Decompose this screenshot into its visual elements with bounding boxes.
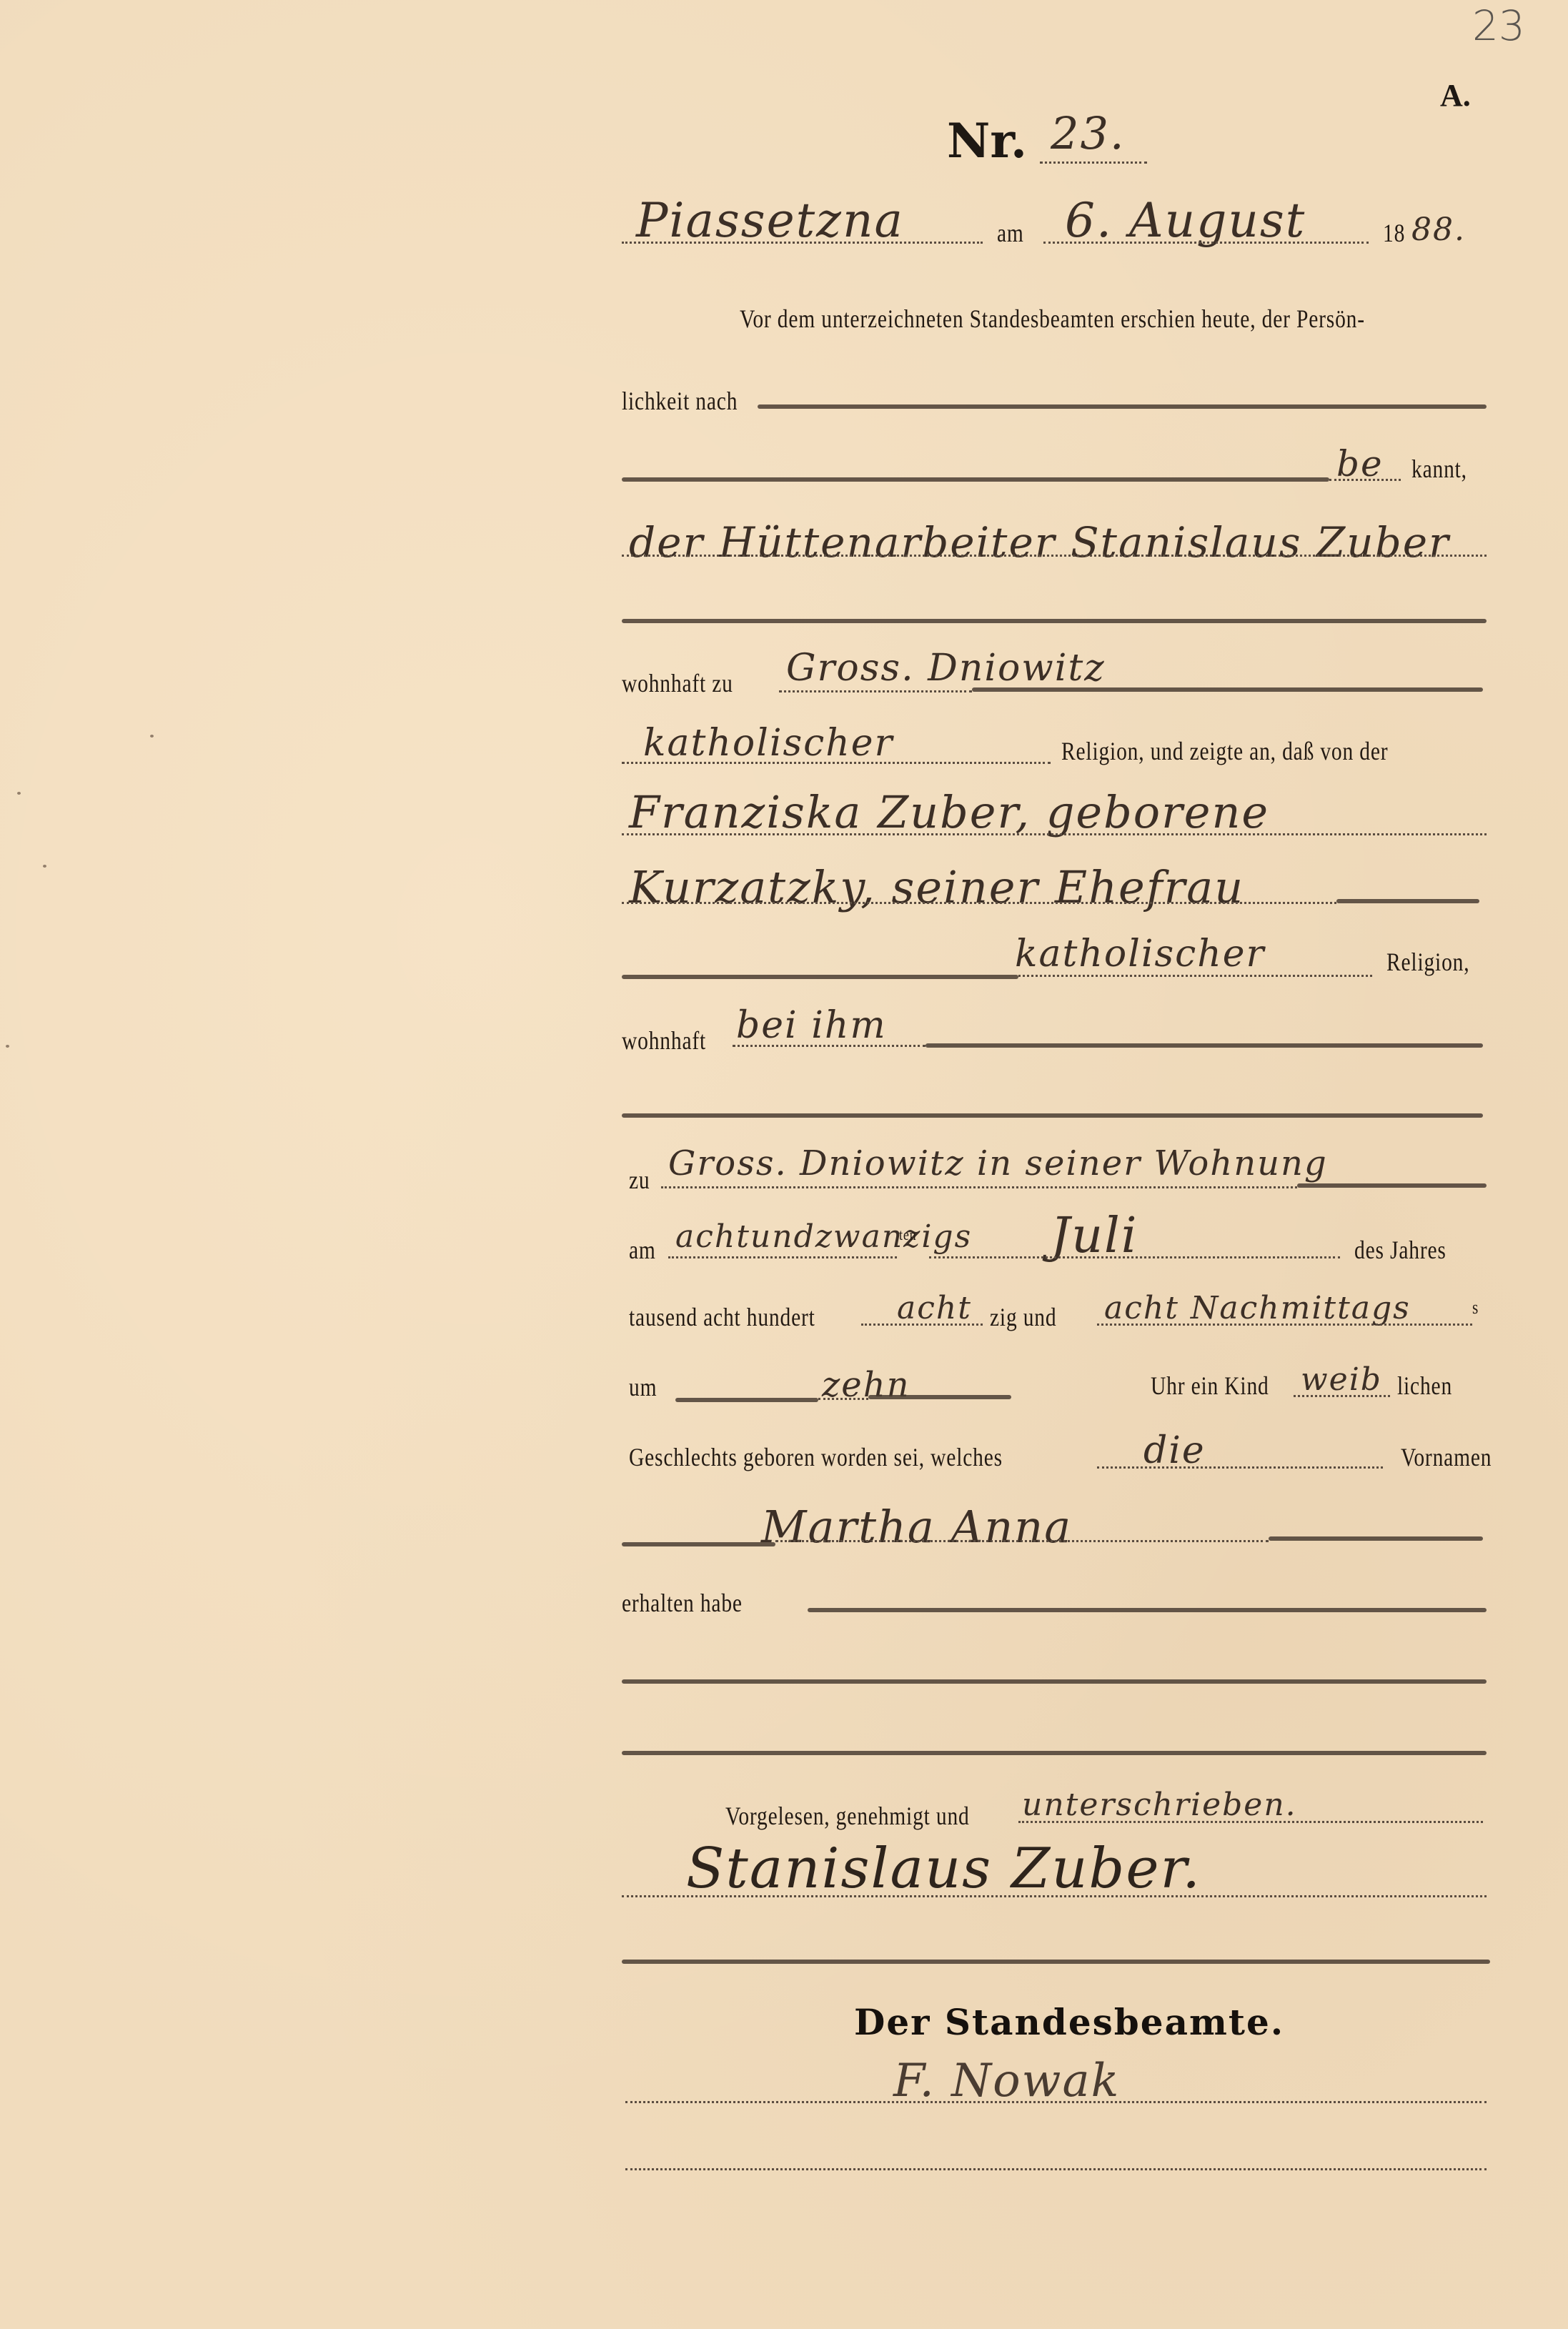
article-line <box>1097 1466 1383 1469</box>
birth-month-line <box>929 1256 1340 1258</box>
thousand-label: tausend acht hundert <box>629 1302 815 1332</box>
document-page: { "page": { "page_number": "23", "form_l… <box>0 0 1568 2329</box>
place-of-registration: Piassetzna <box>636 193 904 248</box>
bekannt-line <box>1329 479 1401 481</box>
blank-line <box>622 477 1329 482</box>
child-given-names: Martha Anna <box>761 1501 1072 1553</box>
mother-religion-label: Religion, <box>1386 947 1469 977</box>
um-label: um <box>629 1372 657 1402</box>
registration-date: 6. August <box>1065 193 1306 248</box>
child-sex: weib <box>1301 1361 1382 1398</box>
form-letter: A. <box>1440 77 1471 114</box>
paper-speck <box>6 1045 9 1048</box>
birth-place-label: zu <box>629 1165 650 1195</box>
mother-residence-line <box>733 1045 926 1047</box>
mother-line-1 <box>622 833 1487 835</box>
blank-line <box>1297 1183 1487 1188</box>
informant-line <box>622 555 1487 557</box>
date-line <box>1043 242 1369 244</box>
mother-name-line-1: Franziska Zuber, geborene <box>629 786 1269 838</box>
year-printed: 18 <box>1383 218 1405 248</box>
decade-line <box>861 1324 983 1326</box>
informant-name: der Hüttenarbeiter Stanislaus Zuber <box>629 518 1450 567</box>
geschlecht-label: Geschlechts geboren worden sei, welches <box>629 1442 1003 1472</box>
birth-day: achtundzwanzigs <box>675 1218 972 1255</box>
mother-name-line-2: Kurzatzky, seiner Ehefrau <box>629 861 1244 913</box>
intro-line-2-label: lichkeit nach <box>622 386 738 416</box>
blank-line <box>972 687 1483 692</box>
s-suffix: s <box>1472 1297 1479 1319</box>
paper-speck <box>150 735 154 738</box>
vorgelesen-handwritten: unterschrieben. <box>1022 1787 1297 1823</box>
birth-year-unit-and-time: acht Nachmittags <box>1104 1290 1411 1326</box>
blank-line <box>808 1608 1487 1612</box>
mother-residence-label: wohnhaft <box>622 1026 706 1056</box>
sex-line <box>1294 1395 1390 1397</box>
residence-line <box>779 690 972 692</box>
zig-label: zig und <box>990 1302 1056 1332</box>
blank-line <box>675 1398 818 1402</box>
mother-residence: bei ihm <box>736 1004 887 1047</box>
record-number-line <box>1040 162 1147 164</box>
vorgelesen-line <box>1018 1821 1483 1823</box>
given-names-line <box>775 1540 1269 1542</box>
blank-line <box>622 1113 1483 1118</box>
registrar-title: Der Standesbeamte. <box>854 2001 1284 2043</box>
year-handwritten: 88. <box>1411 212 1466 248</box>
mother-religion-line <box>1018 975 1372 977</box>
birth-am-label: am <box>629 1235 656 1265</box>
blank-line <box>622 1679 1487 1684</box>
am-label: am <box>997 218 1024 248</box>
blank-line <box>758 404 1487 409</box>
blank-line <box>622 1960 1490 1964</box>
mother-line-2 <box>622 902 1336 904</box>
blank-line <box>622 975 1018 979</box>
vornamen-label: Vornamen <box>1401 1442 1492 1472</box>
religion-label: Religion, und zeigte an, daß von der <box>1061 736 1388 766</box>
blank-line <box>622 1542 775 1546</box>
record-number-label: Nr. <box>947 113 1027 169</box>
blank-line <box>926 1043 1483 1048</box>
birth-place: Gross. Dniowitz in seiner Wohnung <box>668 1143 1328 1183</box>
blank-line <box>1269 1536 1483 1541</box>
erhalten-label: erhalten habe <box>622 1588 743 1618</box>
residence-label: wohnhaft zu <box>622 668 733 698</box>
uhr-label: Uhr ein Kind <box>1151 1371 1269 1401</box>
mother-religion: katholischer <box>1015 933 1265 975</box>
blank-line <box>868 1395 1011 1399</box>
paper-speck <box>43 865 46 868</box>
intro-line-1: Vor dem unterzeichneten Standesbeamten e… <box>740 304 1365 334</box>
signature-line <box>622 1895 1487 1897</box>
hour-line <box>818 1398 868 1400</box>
registrar-signature: F. Nowak <box>893 2055 1120 2107</box>
registrar-line <box>625 2101 1487 2103</box>
informant-residence: Gross. Dniowitz <box>786 647 1106 690</box>
blank-line <box>622 619 1487 623</box>
informant-religion: katholischer <box>643 722 893 765</box>
bekannt-suffix-label: kannt, <box>1411 454 1467 484</box>
registrar-line-2 <box>625 2168 1487 2170</box>
blank-line <box>1336 899 1479 903</box>
vorgelesen-label: Vorgelesen, genehmigt und <box>725 1801 970 1831</box>
place-line <box>622 242 983 244</box>
sex-suffix: lichen <box>1397 1371 1452 1401</box>
record-number-value: 23. <box>1051 107 1126 159</box>
unit-line <box>1097 1324 1472 1326</box>
paper-speck <box>17 792 21 795</box>
birth-day-line <box>668 1256 897 1258</box>
day-suffix: ten <box>899 1226 917 1244</box>
archive-page-number: 23 <box>1472 1 1525 50</box>
year-label: des Jahres <box>1354 1235 1447 1265</box>
birth-year-decade: acht <box>897 1290 972 1326</box>
article-handwritten: die <box>1143 1429 1206 1472</box>
birth-place-line <box>661 1186 1297 1188</box>
informant-signature: Stanislaus Zuber. <box>686 1837 1201 1901</box>
blank-line <box>622 1751 1487 1755</box>
